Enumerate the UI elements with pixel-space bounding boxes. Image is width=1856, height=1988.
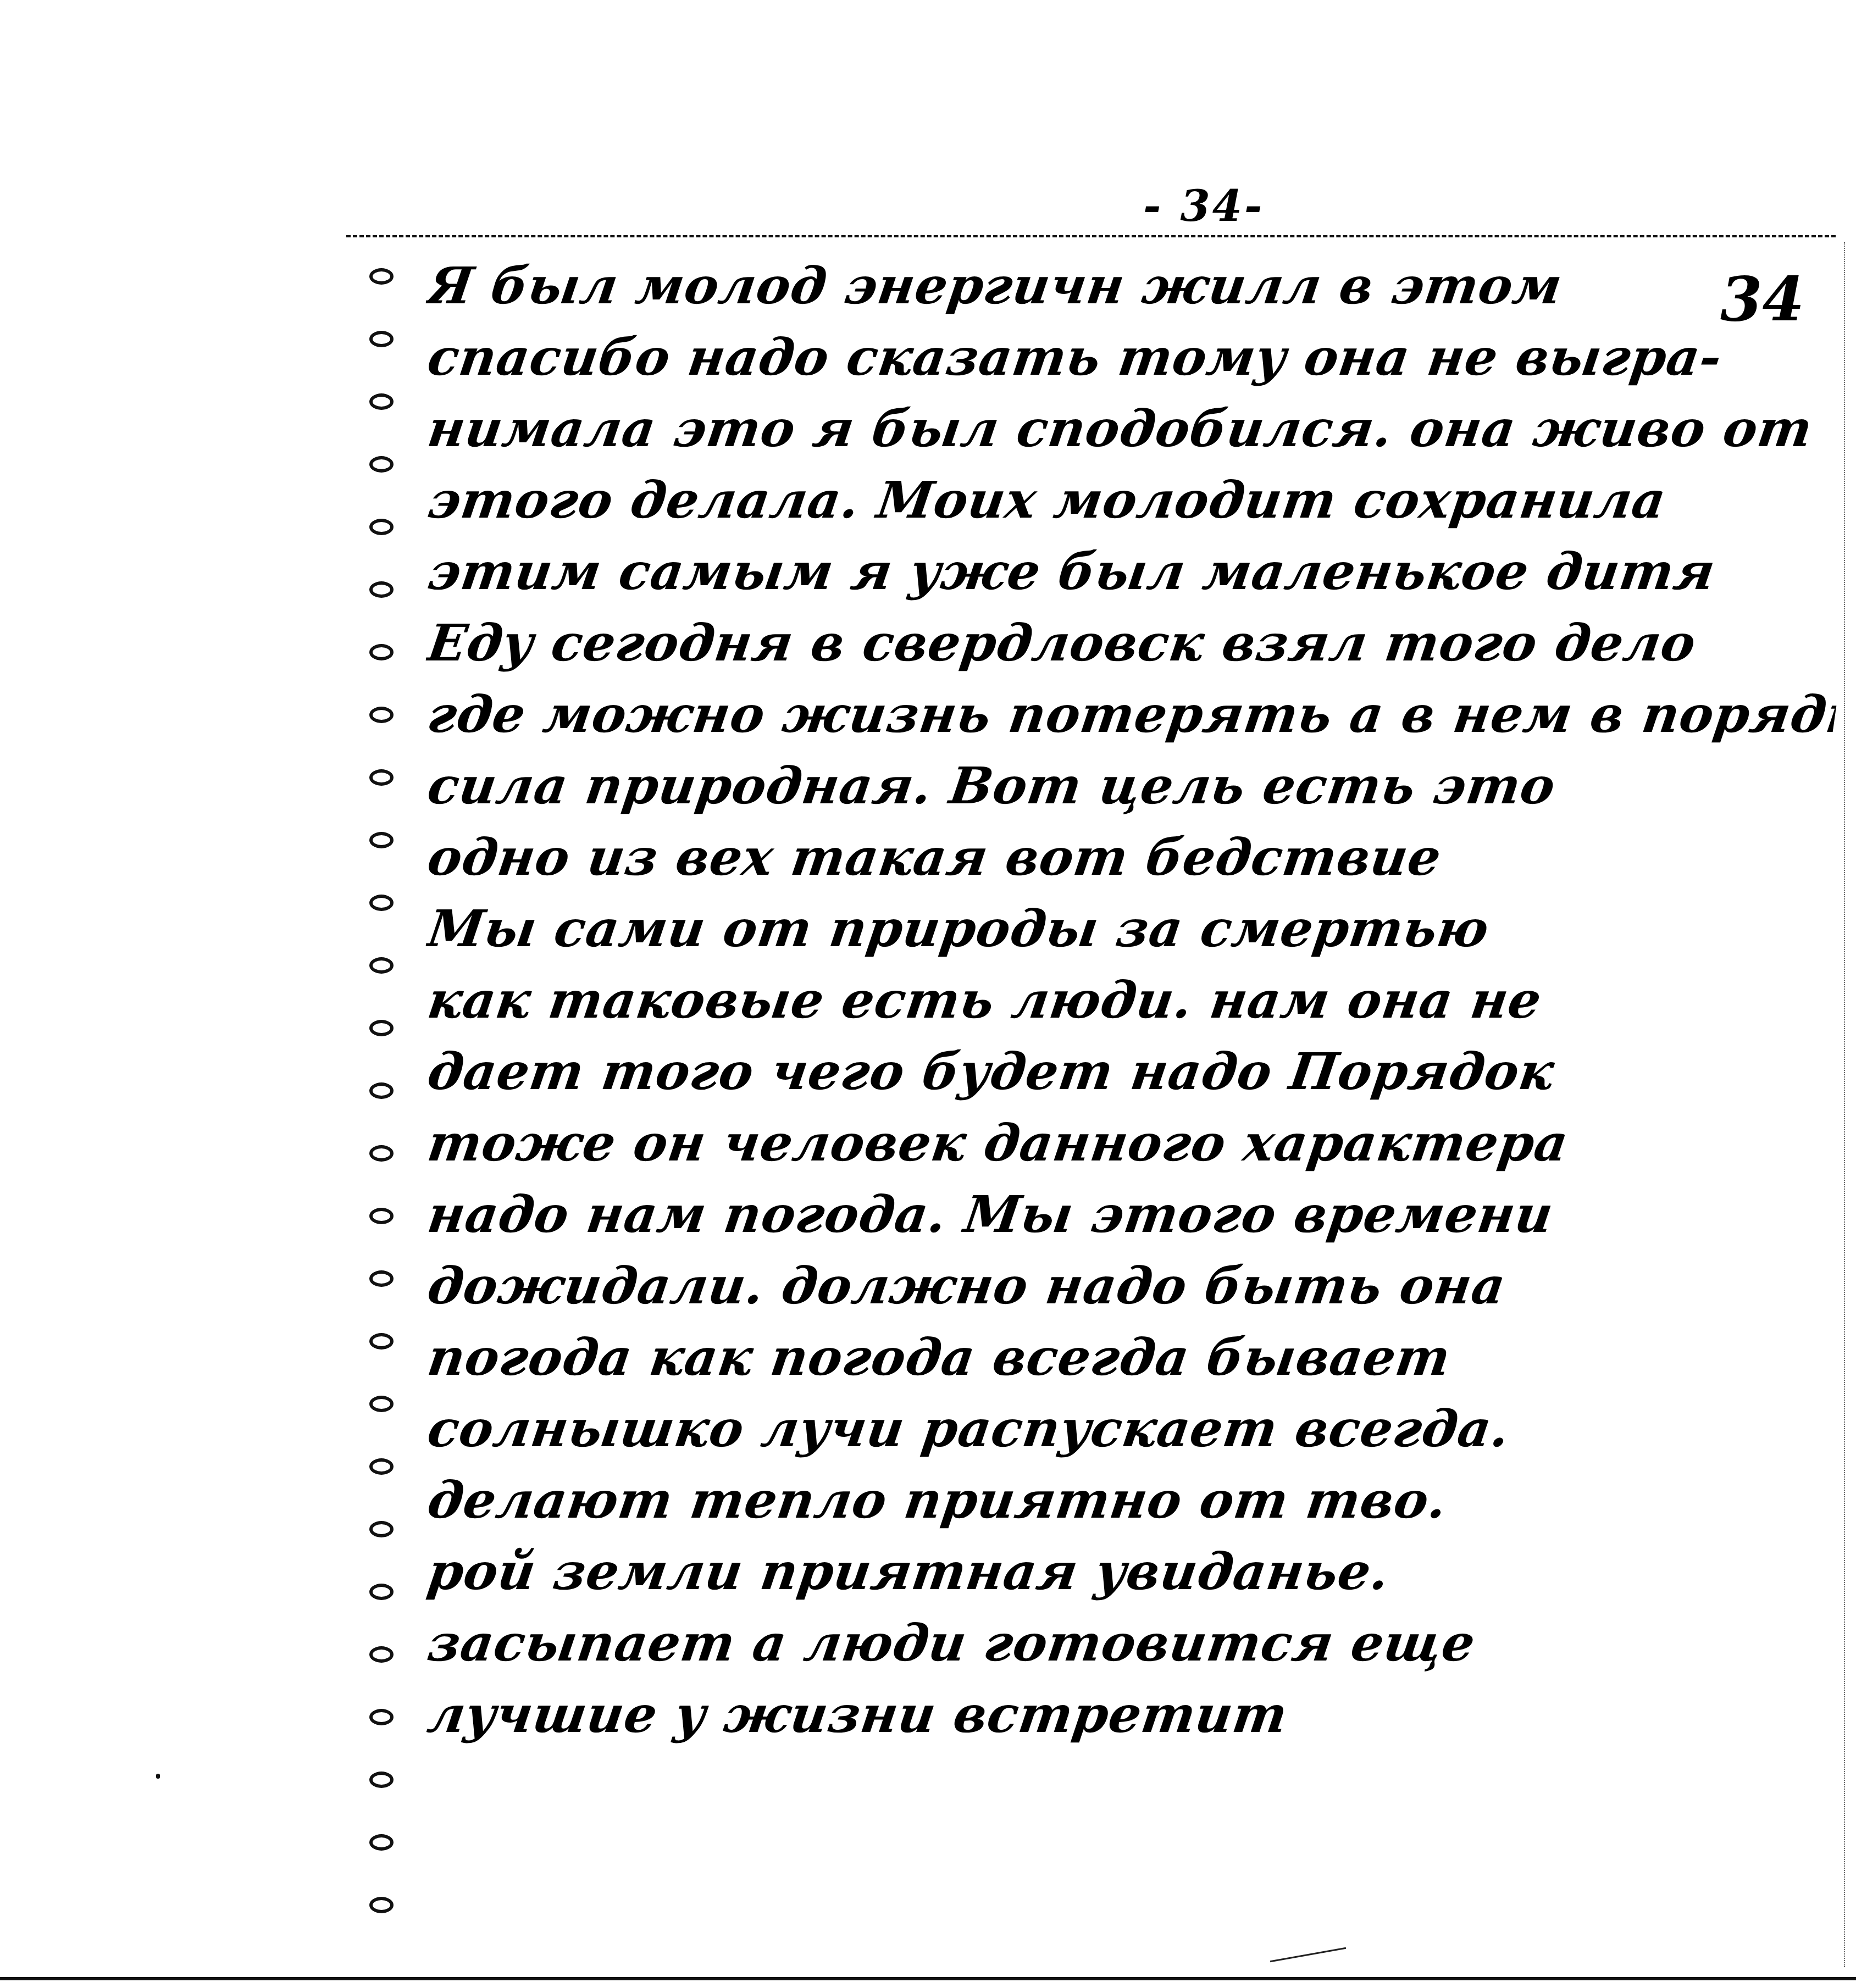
handwritten-text: Я был молод энергичн жилл в этом спасибо… (423, 250, 1830, 1750)
binding-hole-icon (369, 832, 394, 848)
header-dashed-rule (346, 235, 1836, 237)
text-line: дожидали. должно надо быть она (423, 1250, 1840, 1321)
stray-ink-mark (156, 1774, 160, 1779)
binding-hole-icon (369, 1709, 394, 1725)
text-line: одно из вех такая вот бедствие (423, 821, 1840, 893)
binding-hole-icon (369, 581, 394, 598)
text-line: Еду сегодня в свердловск взял того дело (423, 607, 1840, 679)
binding-hole-icon (369, 1584, 394, 1600)
page-number-header: - 34- (1143, 181, 1264, 231)
text-line: нимала это я был сподобился. она живо от (423, 393, 1840, 464)
text-line: лучшие у жизни встретит (423, 1679, 1840, 1750)
text-line: погода как погода всегда бывает (423, 1321, 1840, 1393)
text-line: Мы сами от природы за смертью (423, 893, 1840, 964)
binding-hole-icon (369, 1458, 394, 1475)
text-line: этим самым я уже был маленькое дитя (423, 536, 1840, 607)
text-line: рой земли приятная увиданье. (423, 1536, 1840, 1607)
binding-hole-icon (369, 769, 394, 786)
text-line: тоже он человек данного характера (423, 1107, 1840, 1179)
binding-hole-icon (369, 1208, 394, 1224)
bottom-rule (0, 1977, 1856, 1980)
binding-hole-icon (369, 1020, 394, 1036)
text-line: Я был молод энергичн жилл в этом (423, 250, 1840, 321)
text-line: как таковые есть люди. нам она не (423, 964, 1840, 1036)
ink-stroke (1270, 1947, 1346, 1962)
text-line: этого делала. Моих молодит сохранила (423, 464, 1840, 536)
text-line: делают тепло приятно от тво. (423, 1464, 1840, 1536)
text-line: дает того чего будет надо Порядок (423, 1036, 1840, 1107)
page-right-edge (1844, 242, 1845, 1967)
binding-hole-icon (369, 1834, 394, 1851)
binding-hole-icon (369, 707, 394, 723)
binding-hole-icon (369, 1270, 394, 1287)
text-line: спасибо надо сказать тому она не выгра- (423, 321, 1840, 393)
manuscript-page: - 34- 34 Я был молод энергичн жилл в это… (0, 0, 1856, 1988)
binding-hole-icon (369, 957, 394, 974)
binding-hole-icon (369, 331, 394, 347)
binding-hole-icon (369, 1396, 394, 1412)
binding-holes (369, 268, 402, 1959)
binding-hole-icon (369, 268, 394, 285)
binding-hole-icon (369, 644, 394, 660)
text-line: где можно жизнь потерять а в нем в поряд… (423, 679, 1840, 750)
binding-hole-icon (369, 456, 394, 473)
binding-hole-icon (369, 519, 394, 535)
binding-hole-icon (369, 1897, 394, 1913)
binding-hole-icon (369, 393, 394, 410)
binding-hole-icon (369, 1082, 394, 1099)
binding-hole-icon (369, 1333, 394, 1350)
binding-hole-icon (369, 895, 394, 911)
binding-hole-icon (369, 1145, 394, 1162)
text-line: сила природная. Вот цель есть это (423, 750, 1840, 821)
binding-hole-icon (369, 1521, 394, 1537)
binding-hole-icon (369, 1646, 394, 1663)
text-line: засыпает а люди готовится еще (423, 1607, 1840, 1679)
text-line: солнышко лучи распускает всегда. (423, 1393, 1840, 1464)
text-line: надо нам погода. Мы этого времени (423, 1179, 1840, 1250)
binding-hole-icon (369, 1772, 394, 1788)
